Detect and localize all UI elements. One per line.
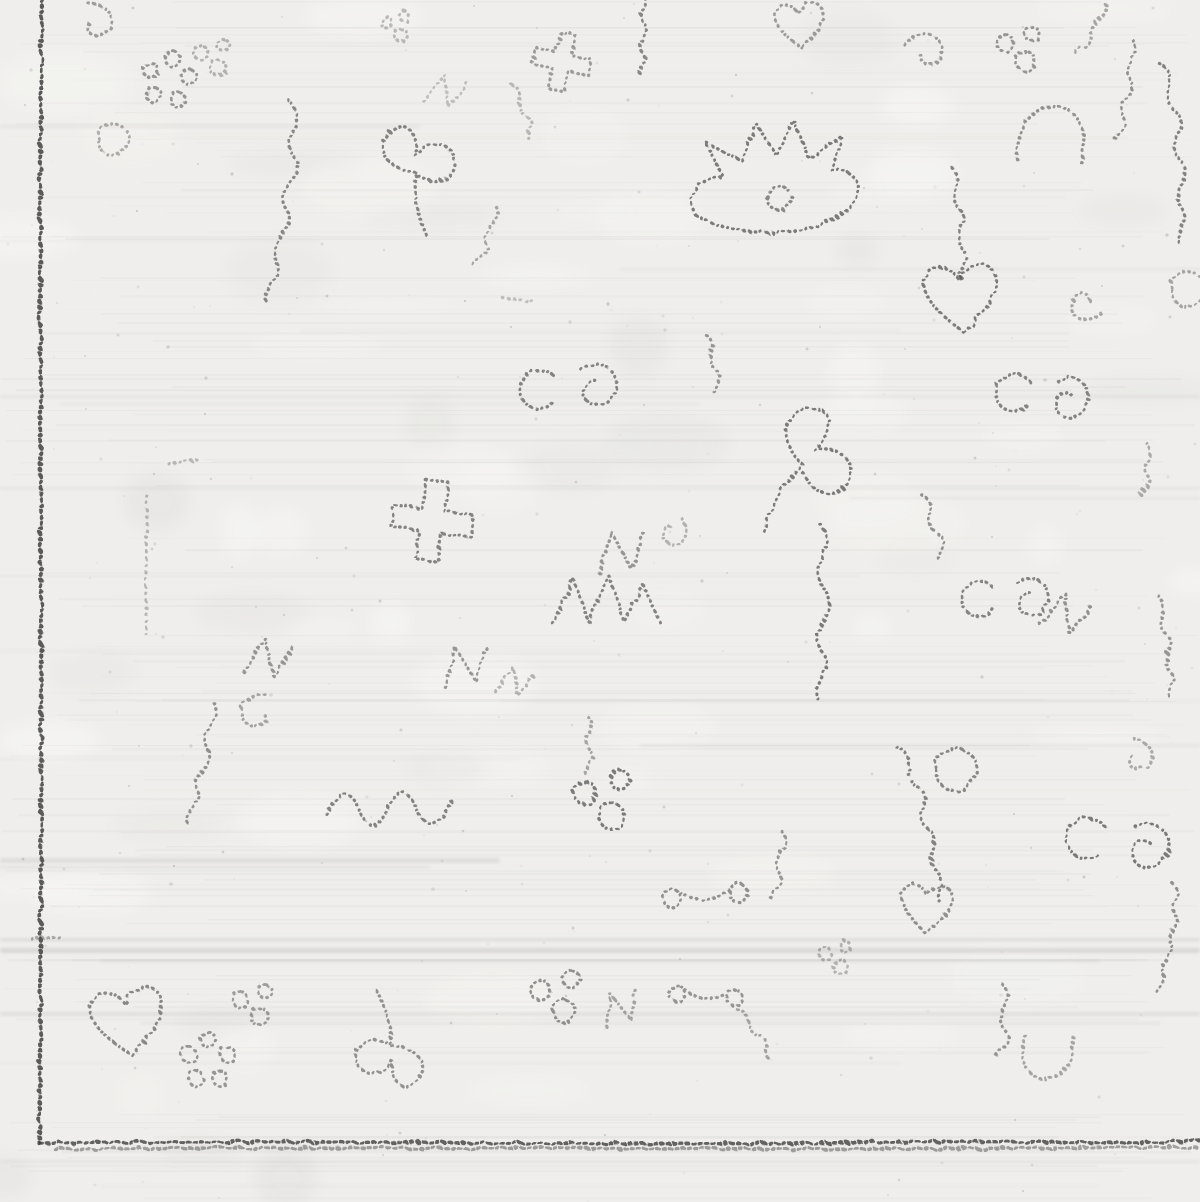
rug-photo <box>0 0 1200 1202</box>
rug-photo-canvas <box>0 0 1200 1202</box>
rug-background <box>0 0 1200 1202</box>
